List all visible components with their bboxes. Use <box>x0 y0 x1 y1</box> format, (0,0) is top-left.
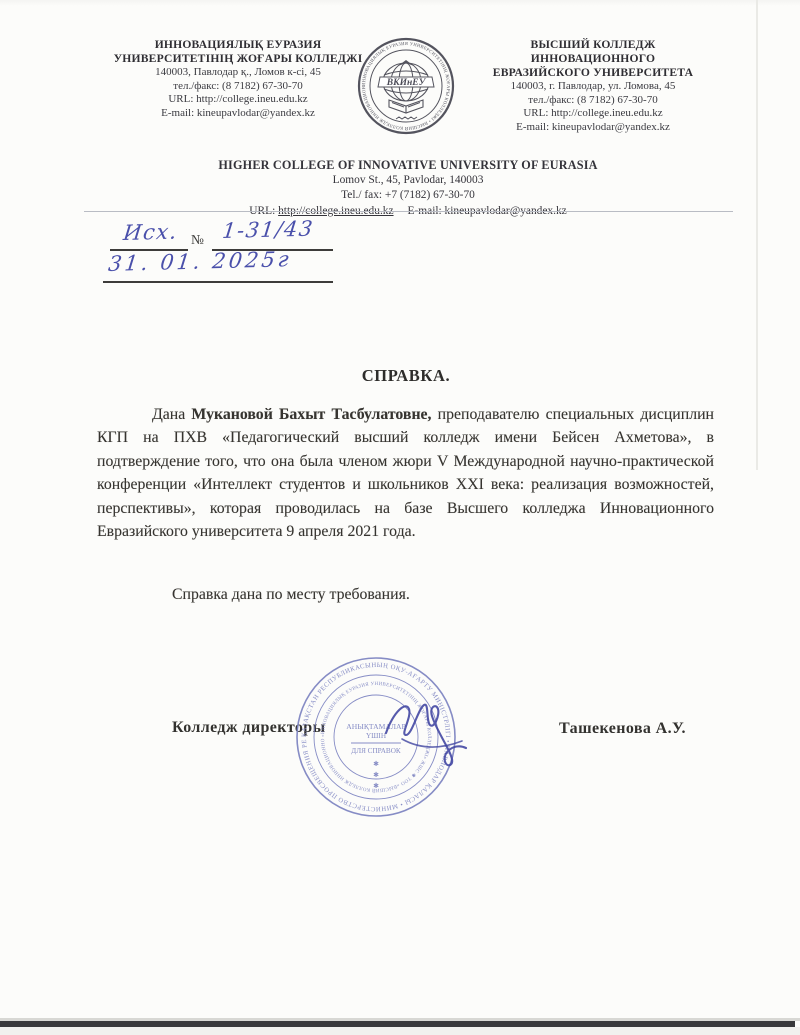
director-name: Ташекенова А.У. <box>559 720 686 738</box>
org-phone-kk: тел./факс: (8 7182) 67-30-70 <box>88 80 388 94</box>
org-name-ru-line3: ЕВРАЗИЙСКОГО УНИВЕРСИТЕТА <box>444 66 742 80</box>
svg-text:✱: ✱ <box>373 782 379 790</box>
body-paragraph: Дана Мукановой Бахыт Тасбулатовне, препо… <box>97 403 714 543</box>
org-name-en: HIGHER COLLEGE OF INNOVATIVE UNIVERSITY … <box>85 157 731 173</box>
number-sign: № <box>191 232 204 248</box>
date-underline <box>103 281 333 283</box>
letterhead-russian-block: ВЫСШИЙ КОЛЛЕДЖ ИННОВАЦИОННОГО ЕВРАЗИЙСКО… <box>444 38 742 134</box>
outgoing-number-handwritten: 1-31/43 <box>221 217 315 243</box>
org-phone-en: Tel./ fax: +7 (7182) 67-30-70 <box>85 188 731 203</box>
org-url-kk: URL: http://college.ineu.edu.kz <box>88 93 388 107</box>
org-name-kk-line1: ИННОВАЦИЯЛЫҚ ЕУРАЗИЯ <box>88 38 388 52</box>
letterhead-english-block: HIGHER COLLEGE OF INNOVATIVE UNIVERSITY … <box>85 157 731 219</box>
org-address-kk: 140003, Павлодар қ., Ломов к-сі, 45 <box>88 66 388 80</box>
signature-stroke-icon <box>382 693 472 773</box>
recipient-name: Мукановой Бахыт Тасбулатовне, <box>191 406 431 423</box>
date-handwritten: 31. 01. 2025г <box>107 247 293 276</box>
outgoing-label-handwritten: Исх. <box>122 219 179 245</box>
org-url-ru: URL: http://college.ineu.edu.kz <box>444 107 742 121</box>
svg-text:✱: ✱ <box>373 771 379 779</box>
org-phone-ru: тел./факс: (8 7182) 67-30-70 <box>444 94 742 108</box>
letterhead-divider <box>84 211 733 212</box>
body-lead: Дана <box>152 406 191 423</box>
document-title: СПРАВКА. <box>97 366 715 386</box>
university-emblem-seal: ИННОВАЦИЯЛЫҚ ЕУРАЗИЯ УНИВЕРСИТЕТІНІҢ ЖОҒ… <box>356 36 456 136</box>
org-address-ru: 140003, г. Павлодар, ул. Ломова, 45 <box>444 80 742 94</box>
director-signature <box>382 693 472 773</box>
scan-edge-below <box>0 1027 800 1035</box>
scanned-certificate-page: ИННОВАЦИЯЛЫҚ ЕУРАЗИЯ УНИВЕРСИТЕТІНІҢ ЖОҒ… <box>0 0 800 1035</box>
org-name-ru-line1: ВЫСШИЙ КОЛЛЕДЖ <box>444 38 742 52</box>
org-name-kk-line2: УНИВЕРСИТЕТІНІҢ ЖОҒАРЫ КОЛЛЕДЖІ <box>88 52 388 66</box>
emblem-abbr-text: ВКИнЕУ <box>386 78 427 88</box>
org-email-kk: E-mail: kineupavlodar@yandex.kz <box>88 107 388 121</box>
issued-for-line: Справка дана по месту требования. <box>97 583 714 606</box>
svg-text:✱: ✱ <box>373 760 379 768</box>
emblem-seal-icon: ИННОВАЦИЯЛЫҚ ЕУРАЗИЯ УНИВЕРСИТЕТІНІҢ ЖОҒ… <box>356 36 456 136</box>
scan-crease-line <box>756 0 758 470</box>
org-address-en: Lomov St., 45, Pavlodar, 140003 <box>85 173 731 188</box>
body-rest: преподавателю специальных дисциплин КГП … <box>97 406 714 540</box>
org-name-ru-line2: ИННОВАЦИОННОГО <box>444 52 742 66</box>
org-email-ru: E-mail: kineupavlodar@yandex.kz <box>444 121 742 135</box>
letterhead-kazakh-block: ИННОВАЦИЯЛЫҚ ЕУРАЗИЯ УНИВЕРСИТЕТІНІҢ ЖОҒ… <box>88 38 388 120</box>
